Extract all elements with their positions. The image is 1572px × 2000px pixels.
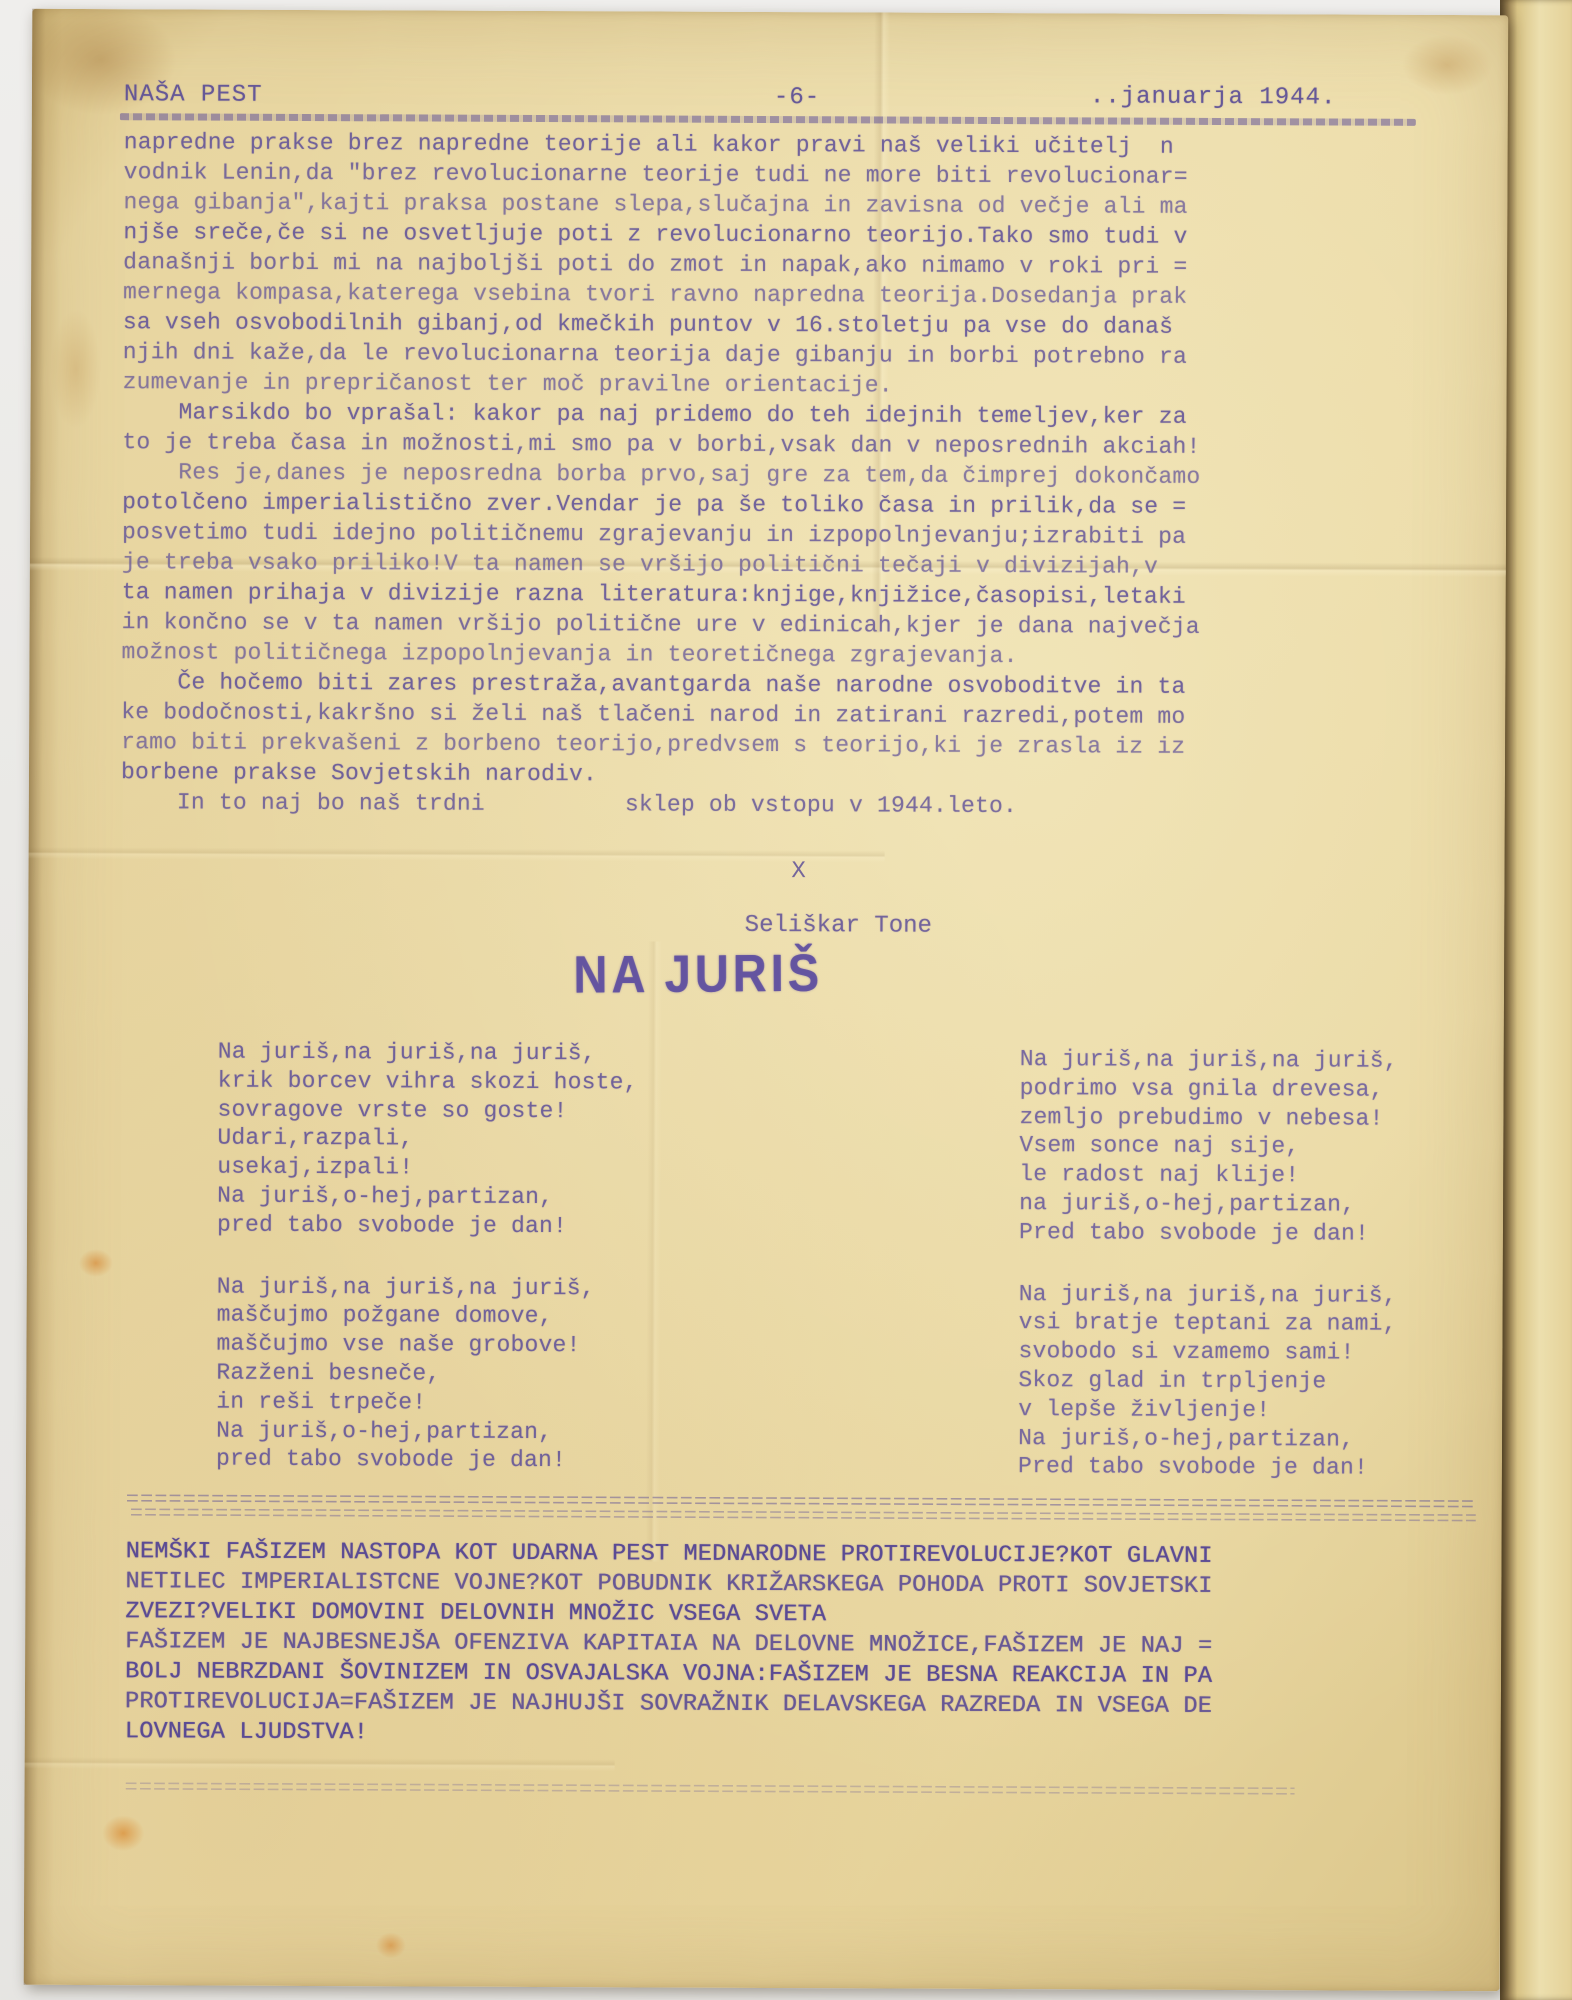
poem-line: vsi bratje teptani za nami, <box>1019 1308 1572 1340</box>
poem-line: Udari,razpali, <box>217 1124 837 1156</box>
poem-line: Pred tabo svobode je dan! <box>1019 1218 1572 1250</box>
stain <box>79 1249 113 1277</box>
article-line: ramo biti prekvašeni z borbeno teorijo,p… <box>121 727 1421 763</box>
slogan-line: LOVNEGA LJUDSTVA! <box>125 1717 1485 1753</box>
poem-line: zemljo prebudimo v nebesa! <box>1019 1103 1572 1135</box>
poem-line: le radost naj klije! <box>1019 1160 1572 1192</box>
article-line: Res je,danes je neposredna borba prvo,sa… <box>122 457 1422 493</box>
article-line: In to naj bo naš trdni sklep ob vstopu v… <box>121 787 1421 823</box>
poem-line: in reši trpeče! <box>216 1387 836 1419</box>
poem-line: usekaj,izpali! <box>217 1153 837 1185</box>
issue-date: ..januarja 1944. <box>1090 83 1337 111</box>
poem-line: Na juriš,o-hej,partizan, <box>1018 1424 1572 1456</box>
poem-line: svobodo si vzamemo sami! <box>1018 1337 1572 1369</box>
poem-line: Na juriš,o-hej,partizan, <box>216 1416 836 1448</box>
divider-row: ========================================… <box>125 1781 1295 1800</box>
poem-line: podrimo vsa gnila drevesa, <box>1020 1074 1572 1106</box>
poem-line: Na juriš,na juriš,na juriš, <box>1020 1045 1572 1077</box>
header-rule <box>120 113 1416 126</box>
article-line: možnost političnega izpopolnjevanja in t… <box>121 637 1421 673</box>
second-page-edge <box>1500 0 1572 2000</box>
article-line: nega gibanja",kajti praksa postane slepa… <box>123 187 1423 223</box>
poem-line: na juriš,o-hej,partizan, <box>1019 1189 1572 1221</box>
poem-line: sovragove vrste so goste! <box>217 1095 837 1127</box>
horizontal-crease <box>25 1757 615 1772</box>
page-number: -6- <box>774 84 820 111</box>
poem-title: NA JURIŠ <box>448 941 948 1006</box>
poem-line: Skoz glad in trpljenje <box>1018 1366 1572 1398</box>
stain <box>1402 35 1492 95</box>
stain <box>102 1815 144 1851</box>
poem-author: Seliškar Tone <box>628 911 1048 940</box>
poem-stanza: Na juriš,na juriš,na juriš, maščujmo pož… <box>216 1272 837 1476</box>
poem-line: maščujmo vse naše grobove! <box>216 1330 836 1362</box>
article-line: je treba vsako priliko!V ta namen se vrš… <box>122 547 1422 583</box>
article-body: napredne prakse brez napredne teorije al… <box>121 127 1424 823</box>
poem-left-column: Na juriš,na juriš,na juriš, krik borcev … <box>216 1038 838 1510</box>
slogan-block: NEMŠKI FAŠIZEM NASTOPA KOT UDARNA PEST M… <box>125 1537 1486 1753</box>
stain <box>376 1932 406 1958</box>
poem-line: pred tabo svobode je dan! <box>216 1445 836 1477</box>
slogan-line: NETILEC IMPERIALISTCNE VOJNE?KOT POBUDNI… <box>125 1567 1485 1603</box>
article-line: zumevanje in prepričanost ter moč pravil… <box>123 367 1423 403</box>
poem-line: Pred tabo svobode je dan! <box>1018 1452 1572 1484</box>
poem-right-column: Na juriš,na juriš,na juriš, podrimo vsa … <box>1018 1045 1572 1517</box>
poem-line: Na juriš,na juriš,na juriš, <box>218 1038 838 1070</box>
poem-line: Na juriš,o-hej,partizan, <box>217 1182 837 1214</box>
poem-stanza: Na juriš,na juriš,na juriš, vsi bratje t… <box>1018 1280 1572 1484</box>
poem-line: krik borcev vihra skozi hoste, <box>218 1066 838 1098</box>
poem-line: Vsem sonce naj sije, <box>1019 1131 1572 1163</box>
poem-line: maščujmo požgane domove, <box>217 1301 837 1333</box>
slogan-line: FAŠIZEM JE NAJBESNEJŠA OFENZIVA KAPITAIA… <box>125 1627 1485 1663</box>
poem-line: pred tabo svobode je dan! <box>217 1210 837 1242</box>
poem-line: Na juriš,na juriš,na juriš, <box>217 1272 837 1304</box>
poem-line: Na juriš,na juriš,na juriš, <box>1019 1280 1572 1312</box>
poem-stanza: Na juriš,na juriš,na juriš, krik borcev … <box>217 1038 838 1242</box>
article-line: mernega kompasa,katerega vsebina tvori r… <box>123 277 1423 313</box>
poem-stanza: Na juriš,na juriš,na juriš, podrimo vsa … <box>1019 1045 1572 1249</box>
section-divider-x: X <box>719 858 879 886</box>
poem-line: v lepše življenje! <box>1018 1395 1572 1427</box>
scanned-page: NAŠA PEST -6- ..januarja 1944. napredne … <box>24 9 1509 1991</box>
masthead: NAŠA PEST <box>124 81 263 109</box>
slogan-line: PROTIREVOLUCIJA=FAŠIZEM JE NAJHUJŠI SOVR… <box>125 1687 1485 1723</box>
poem-line: Razženi besneče, <box>216 1359 836 1391</box>
